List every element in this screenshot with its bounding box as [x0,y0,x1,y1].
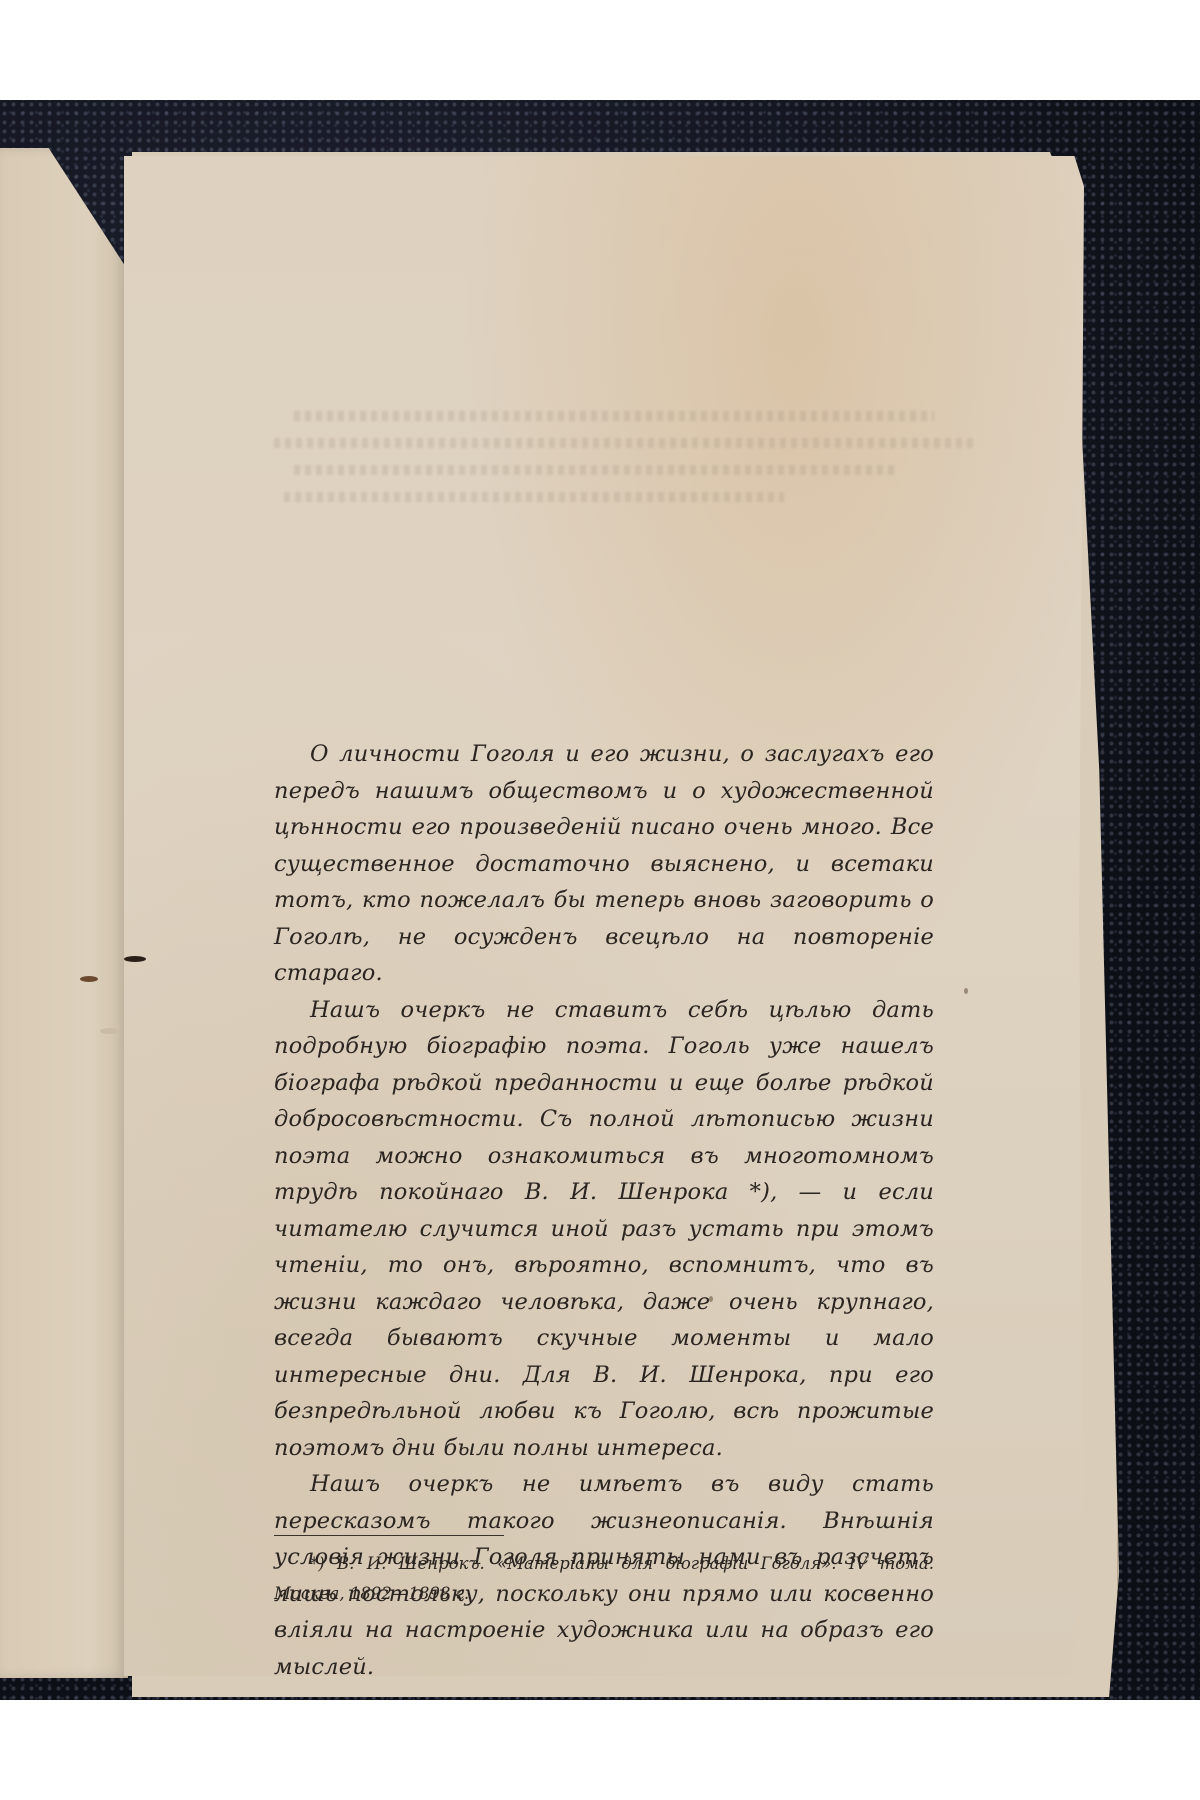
paragraph: Нашъ очеркъ не ставитъ себѣ цѣлью дать п… [274,992,934,1467]
footnote: *) В. И. Шенрокъ. «Матерiалы для бiограф… [274,1549,934,1609]
bleed-through-line [274,438,974,448]
bleed-through-line [294,411,934,421]
page-tear [80,976,98,982]
body-text: О личности Гоголя и его жизни, о заслуга… [274,736,934,1685]
paragraph: О личности Гоголя и его жизни, о заслуга… [274,736,934,992]
left-page-edge [0,148,128,1678]
book-photo: О личности Гоголя и его жизни, о заслуга… [0,100,1200,1700]
paper-spot [964,988,968,994]
footnote-divider [274,1535,504,1536]
bleed-through-line [294,465,894,475]
page-hole [124,956,146,962]
document-page: О личности Гоголя и его жизни, о заслуга… [124,156,1084,1676]
page-tear [100,1028,120,1034]
bleed-through-line [284,492,784,502]
